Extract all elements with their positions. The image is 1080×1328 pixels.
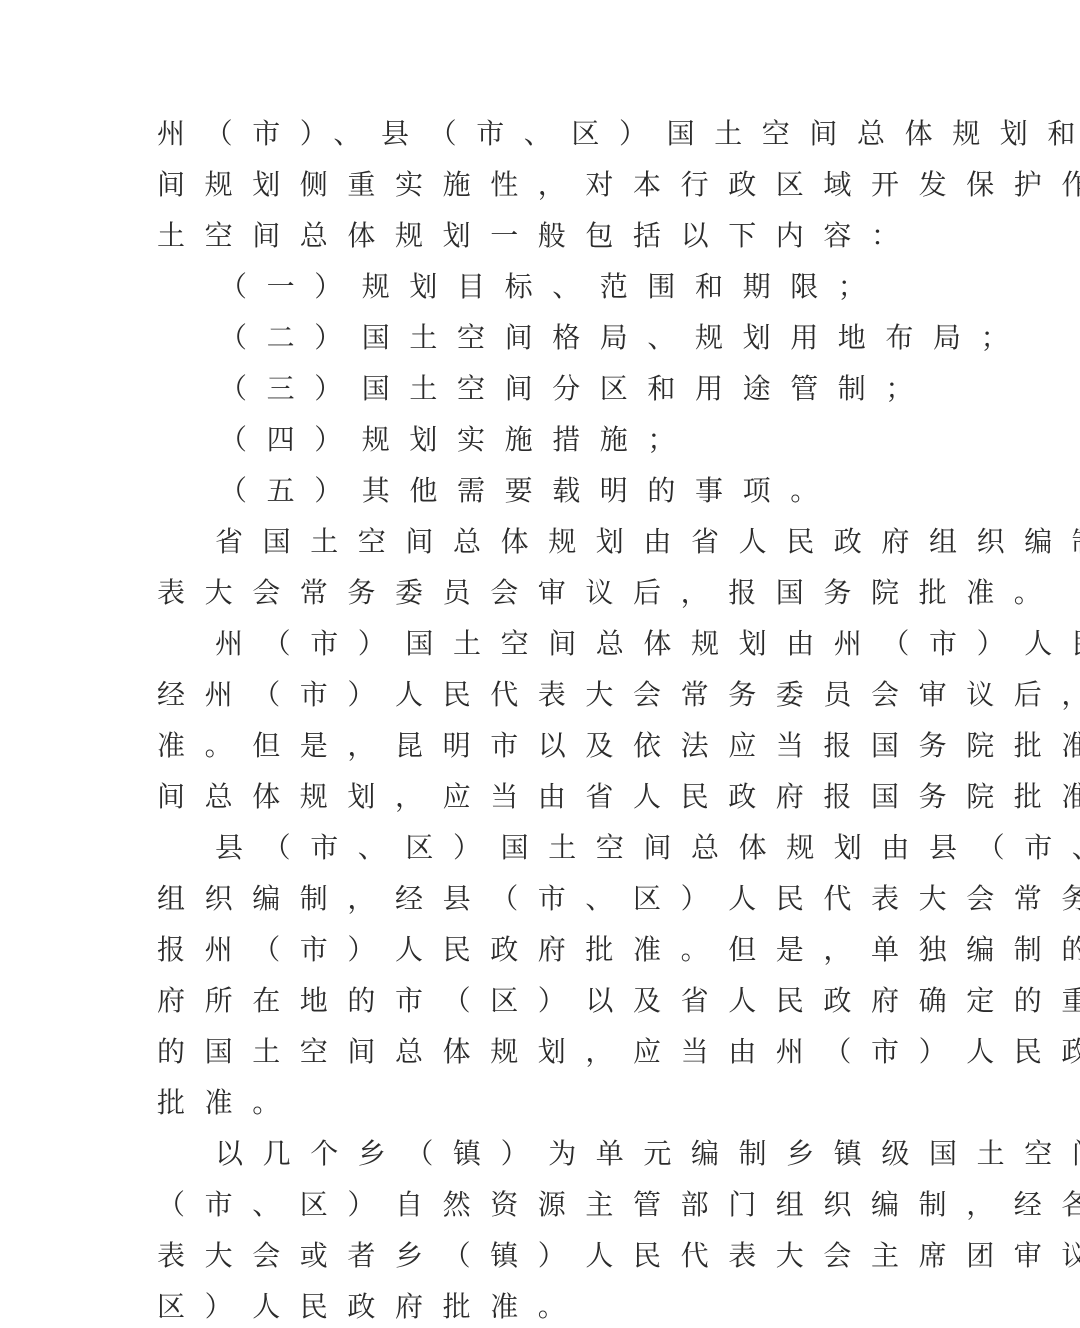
text-line: 批准。 xyxy=(157,1077,929,1128)
paragraph-start: 县（市、区）国土空间总体规划由县（市、区）人民政府 xyxy=(157,822,929,873)
text-line: 经州（市）人民代表大会常务委员会审议后，报省人民政府批 xyxy=(157,669,929,720)
text-line: 表大会或者乡（镇）人民代表大会主席团审议后，报县（市、 xyxy=(157,1230,929,1281)
list-item: （五）其他需要载明的事项。 xyxy=(157,465,929,516)
text-line: 区）人民政府批准。 xyxy=(157,1281,929,1328)
text-line: （市、区）自然资源主管部门组织编制，经各乡（镇）人民代 xyxy=(157,1179,929,1230)
paragraph-start: 省国土空间总体规划由省人民政府组织编制，经省人民代 xyxy=(157,516,929,567)
text-line: 土空间总体规划一般包括以下内容： xyxy=(157,210,929,261)
text-line: 准。但是，昆明市以及依法应当报国务院批准的城市的国土空 xyxy=(157,720,929,771)
paragraph-start: 州（市）国土空间总体规划由州（市）人民政府组织编制， xyxy=(157,618,929,669)
list-item: （一）规划目标、范围和期限； xyxy=(157,261,929,312)
text-line: 州（市）、县（市、区）国土空间总体规划和乡（镇）国土空 xyxy=(157,108,929,159)
text-line: 间总体规划，应当由省人民政府报国务院批准。 xyxy=(157,771,929,822)
text-line: 的国土空间总体规划，应当由州（市）人民政府报省人民政府 xyxy=(157,1026,929,1077)
list-item: （三）国土空间分区和用途管制； xyxy=(157,363,929,414)
text-line: 表大会常务委员会审议后，报国务院批准。 xyxy=(157,567,929,618)
list-item: （二）国土空间格局、规划用地布局； xyxy=(157,312,929,363)
list-item: （四）规划实施措施； xyxy=(157,414,929,465)
document-page: 州（市）、县（市、区）国土空间总体规划和乡（镇）国土空 间规划侧重实施性，对本行… xyxy=(157,108,929,1328)
text-line: 间规划侧重实施性，对本行政区域开发保护作出具体安排。国 xyxy=(157,159,929,210)
paragraph-start: 以几个乡（镇）为单元编制乡镇级国土空间规划的，由县 xyxy=(157,1128,929,1179)
text-line: 府所在地的市（区）以及省人民政府确定的重点县（市、区） xyxy=(157,975,929,1026)
text-line: 报州（市）人民政府批准。但是，单独编制的州（市）人民政 xyxy=(157,924,929,975)
text-line: 组织编制，经县（市、区）人民代表大会常务委员会审议后， xyxy=(157,873,929,924)
